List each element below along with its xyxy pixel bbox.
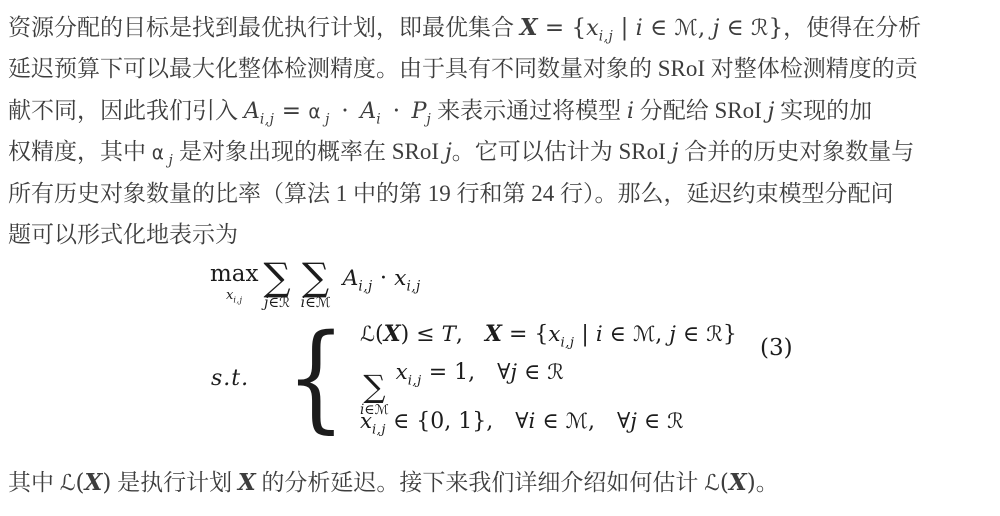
text-run: 来表示通过将模型 [431,98,627,123]
equation-constraints: s.t. { ℒ(X) ≤ T, X = {xi,j | i ∈ ℳ, j ∈ … [211,319,737,437]
greek-alpha: α [152,143,169,164]
max-operator: max xi,j [210,262,259,303]
script-letter: ℒ [360,322,375,346]
math-symbol: · [373,265,394,291]
script-letter: ℳ [566,409,588,433]
math-symbol: ∈ [676,322,706,347]
math-symbol: } [723,322,737,347]
math-symbol: ∈ [517,360,547,385]
math-symbol: = { [502,322,548,347]
math-symbol: } [768,15,783,41]
script-letter: ℛ [667,409,684,433]
text-run: 是对象出现的概率在 SRoI [173,139,445,164]
math-variable: x [586,15,599,41]
math-variable: x [360,409,372,434]
math-symbol: ) ≤ [401,322,442,347]
script-letter: ℛ [279,295,290,311]
script-x: X [520,14,538,41]
text-line-6: 题可以形式化地表示为 [8,214,994,255]
text-run: 所有历史对象数量的比率（算法 1 中的第 19 行和第 24 行）。那么，延迟约… [8,181,894,206]
script-letter: ℒ [60,471,76,496]
math-symbol: = { [538,15,587,41]
subscript: i,j [358,279,372,295]
math-variable: i [627,98,634,124]
math-symbol: = 1, ∀ [422,360,511,385]
text-run: 。它可以估计为 SRoI [452,139,672,164]
math-variable: A [360,98,376,124]
math-variable: j [630,409,637,434]
text-run: 的分析延迟。接下来我们详细介绍如何估计 [256,470,705,495]
math-symbol: , ∀ [588,409,630,434]
subscript: i,j [406,279,420,295]
objective-expression: Ai,j · xi,j [343,265,421,291]
math-variable: i [636,15,643,41]
paragraph-latency-note: 其中 ℒ(X) 是执行计划 X 的分析延迟。接下来我们详细介绍如何估计 ℒ(X)… [8,466,779,501]
math-symbol: = [274,98,308,124]
script-letter: ℳ [633,322,655,346]
sum-symbol: ∑ [302,258,329,296]
script-letter: ℒ [704,471,720,496]
sum-operator: ∑ j∈ℛ [264,258,291,311]
text-line-4: 权精度，其中 α j 是对象出现的概率在 SRoI j。它可以估计为 SRoI … [8,131,994,172]
math-symbol: ) [102,470,111,496]
math-variable: A [343,266,359,291]
cases-brace: { [287,323,346,433]
subject-to-label: s.t. [211,366,249,391]
script-x: X [238,469,256,496]
text-run: 权精度，其中 [8,139,152,164]
math-variable: j [445,139,452,165]
math-symbol: ∈ [603,322,633,347]
math-symbol: ( [720,470,729,496]
text-line-1: 资源分配的目标是找到最优执行计划，即最优集合 X = {xi,j | i ∈ ℳ… [8,7,994,48]
equation-objective: max xi,j ∑ j∈ℛ ∑ i∈ℳ Ai,j · xi,j [210,258,421,311]
subscript: i,j [260,111,275,127]
script-letter: ℳ [674,16,697,41]
max-subscript: xi,j [226,288,243,303]
math-symbol: , [456,322,485,347]
text-line-5: 所有历史对象数量的比率（算法 1 中的第 19 行和第 24 行）。那么，延迟约… [8,173,994,214]
math-symbol: ∈ [305,295,316,311]
math-symbol: ∈ [268,295,279,311]
math-variable: x [389,360,408,385]
math-variable: x [394,266,406,291]
math-symbol: , [698,15,713,41]
math-symbol: · [381,98,411,124]
text-run: 资源分配的目标是找到最优执行计划，即最优集合 [8,15,520,40]
subscript: i,j [560,335,574,350]
script-x: X [485,321,502,347]
sum-symbol: ∑ [363,371,385,403]
constraint-row-2: ∑i∈ℳ xi,j = 1, ∀j ∈ ℛ [360,352,737,400]
math-symbol: ∈ [719,15,751,41]
text-run: 合并的历史对象数量与 [678,139,914,164]
constraint-rows: ℒ(X) ≤ T, X = {xi,j | i ∈ ℳ, j ∈ ℛ} ∑i∈ℳ… [360,319,737,437]
paragraph-problem-description: 资源分配的目标是找到最优执行计划，即最优集合 X = {xi,j | i ∈ ℳ… [8,7,994,255]
text-run: 分配给 SRoI [634,98,768,123]
math-symbol: ) [747,470,756,496]
sum-limits: i∈ℳ [301,296,331,311]
math-symbol: | [613,15,635,41]
math-variable: P [412,98,427,124]
sum-operator: ∑ i∈ℳ [301,258,331,311]
script-letter: ℛ [706,322,723,346]
text-line-3: 献不同，因此我们引入 Ai,j = α j · Ai · Pj 来表示通过将模型… [8,90,994,131]
equation-3-block: max xi,j ∑ j∈ℛ ∑ i∈ℳ Ai,j · xi,j s.t. { … [0,253,1000,441]
text-run: 献不同，因此我们引入 [8,98,244,123]
constraint-row-1: ℒ(X) ≤ T, X = {xi,j | i ∈ ℳ, j ∈ ℛ} [360,319,737,350]
sum-symbol: ∑ [264,258,291,296]
sum-limits: j∈ℛ [264,296,290,311]
script-x: X [384,321,401,347]
document-page: 资源分配的目标是找到最优执行计划，即最优集合 X = {xi,j | i ∈ ℳ… [0,0,1000,516]
max-label: max [210,262,259,286]
script-letter: ℳ [316,295,331,311]
text-run: 是执行计划 [111,470,238,495]
math-symbol: ( [375,322,384,347]
script-letter: ℛ [547,360,564,384]
text-run: ，使得在分析 [783,15,921,40]
subscript: i,j [233,295,242,305]
math-variable: T [442,322,456,347]
constraint-row-3: xi,j ∈ {0, 1}, ∀i ∈ ℳ, ∀j ∈ ℛ [360,406,737,437]
math-variable: i [596,322,603,347]
equation-number: (3) [760,335,793,361]
math-symbol: ∈ [535,409,565,434]
text-line-2: 延迟预算下可以最大化整体检测精度。由于具有不同数量对象的 SRoI 对整体检测精… [8,48,994,89]
script-x: X [729,469,747,496]
math-symbol: | [574,322,595,347]
subscript: i,j [372,422,386,437]
subscript: i,j [408,373,422,388]
math-symbol: ∈ [643,15,675,41]
math-variable: j [669,322,676,347]
script-x: X [84,469,102,496]
text-run: 实现的加 [774,98,872,123]
math-symbol: , [655,322,669,347]
subscript: i,j [599,29,614,45]
greek-alpha: α [308,102,325,123]
math-symbol: ∈ [637,409,667,434]
math-variable: A [244,98,260,124]
math-variable: x [548,322,560,347]
script-letter: ℛ [751,16,768,41]
math-symbol: · [330,98,360,124]
text-run: 其中 [8,470,60,495]
text-run: 。 [756,470,779,495]
math-symbol: ∈ {0, 1}, ∀ [386,409,529,434]
text-run: 延迟预算下可以最大化整体检测精度。由于具有不同数量对象的 SRoI 对整体检测精… [8,56,918,81]
text-run: 题可以形式化地表示为 [8,222,238,247]
